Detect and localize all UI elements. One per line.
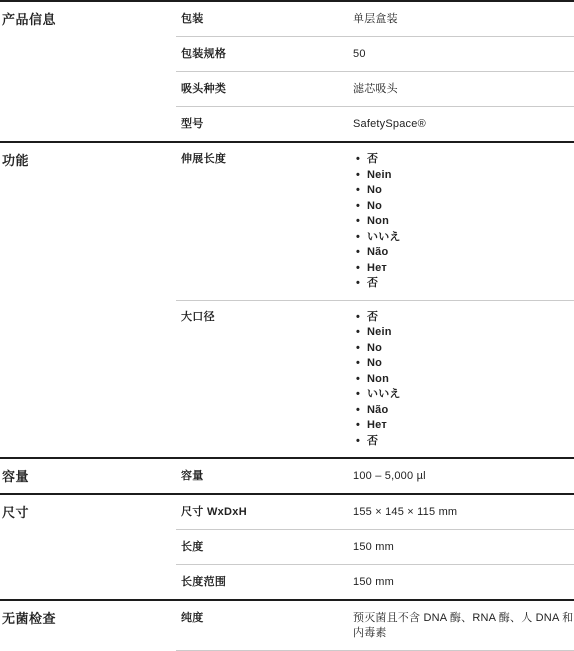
spec-label: 尺寸 WxDxH [176,495,353,529]
section-rows: 包装 单层盒装 包装规格 50 吸头种类 滤芯吸头 型号 SafetySpace… [176,2,574,141]
spec-row: 长度范围 150 mm [176,564,574,599]
section-title-product-info: 产品信息 [0,2,176,141]
section-rows: 容量 100 – 5,000 µl [176,459,574,493]
value-list-item: Nein [353,168,574,184]
spec-row: 型号 SafetySpace® [176,106,574,141]
section-capacity: 容量 容量 100 – 5,000 µl [0,457,574,493]
value-list: 否 Nein No No Non いいえ Não Нет 否 [353,152,574,292]
spec-value: 单层盒装 [353,2,574,36]
section-rows: 尺寸 WxDxH 155 × 145 × 115 mm 长度 150 mm 长度… [176,495,574,599]
value-list-item: いいえ [353,387,574,403]
section-features: 功能 伸展长度 否 Nein No No Non いいえ Não Нет 否 [0,141,574,457]
spec-value: 150 mm [353,530,574,564]
value-list-item: Não [353,245,574,261]
value-list-item: Non [353,214,574,230]
spec-label: 长度范围 [176,565,353,599]
spec-label: 伸展长度 [176,143,353,175]
spec-value: 100 – 5,000 µl [353,459,574,493]
spec-value: 滤芯吸头 [353,72,574,106]
section-product-info: 产品信息 包装 单层盒装 包装规格 50 吸头种类 滤芯吸头 型号 Safety… [0,0,574,141]
spec-row: 吸头种类 滤芯吸头 [176,71,574,106]
value-list-item: 否 [353,434,574,450]
section-rows: 纯度 预灭菌且不含 DNA 酶、RNA 酶、人 DNA 和内毒素 [176,601,574,651]
section-title-features: 功能 [0,143,176,457]
spec-row: 纯度 预灭菌且不含 DNA 酶、RNA 酶、人 DNA 和内毒素 [176,601,574,651]
value-list-item: Non [353,372,574,388]
spec-label: 大口径 [176,301,353,333]
value-list-item: No [353,183,574,199]
value-list-item: No [353,199,574,215]
value-list-item: Нет [353,261,574,277]
value-list-item: いいえ [353,230,574,246]
spec-row: 大口径 否 Nein No No Non いいえ Não Нет 否 [176,300,574,458]
spec-value: 155 × 145 × 115 mm [353,495,574,529]
section-sterility: 无菌检查 纯度 预灭菌且不含 DNA 酶、RNA 酶、人 DNA 和内毒素 [0,599,574,651]
spec-row: 包装规格 50 [176,36,574,71]
spec-value: SafetySpace® [353,107,574,141]
spec-value: 否 Nein No No Non いいえ Não Нет 否 [353,301,574,458]
spec-value: 否 Nein No No Non いいえ Não Нет 否 [353,143,574,300]
spec-label: 容量 [176,459,353,493]
spec-label: 包装规格 [176,37,353,71]
value-list: 否 Nein No No Non いいえ Não Нет 否 [353,310,574,450]
value-list-item: Нет [353,418,574,434]
value-list-item: Nein [353,325,574,341]
value-list-item: No [353,341,574,357]
spec-row: 长度 150 mm [176,529,574,564]
spec-label: 纯度 [176,601,353,635]
value-list-item: 否 [353,152,574,168]
section-dimensions: 尺寸 尺寸 WxDxH 155 × 145 × 115 mm 长度 150 mm… [0,493,574,599]
value-list-item: No [353,356,574,372]
spec-label: 吸头种类 [176,72,353,106]
spec-value: 预灭菌且不含 DNA 酶、RNA 酶、人 DNA 和内毒素 [353,601,574,650]
spec-row: 包装 单层盒装 [176,2,574,36]
spec-value: 150 mm [353,565,574,599]
spec-row: 伸展长度 否 Nein No No Non いいえ Não Нет 否 [176,143,574,300]
section-title-sterility: 无菌检查 [0,601,176,651]
value-list-item: 否 [353,310,574,326]
spec-label: 包装 [176,2,353,36]
product-spec-table: 产品信息 包装 单层盒装 包装规格 50 吸头种类 滤芯吸头 型号 Safety… [0,0,574,651]
spec-row: 容量 100 – 5,000 µl [176,459,574,493]
spec-value: 50 [353,37,574,71]
spec-label: 型号 [176,107,353,141]
value-list-item: 否 [353,276,574,292]
value-list-item: Não [353,403,574,419]
section-rows: 伸展长度 否 Nein No No Non いいえ Não Нет 否 [176,143,574,457]
spec-label: 长度 [176,530,353,564]
spec-row: 尺寸 WxDxH 155 × 145 × 115 mm [176,495,574,529]
section-title-dimensions: 尺寸 [0,495,176,599]
section-title-capacity: 容量 [0,459,176,493]
